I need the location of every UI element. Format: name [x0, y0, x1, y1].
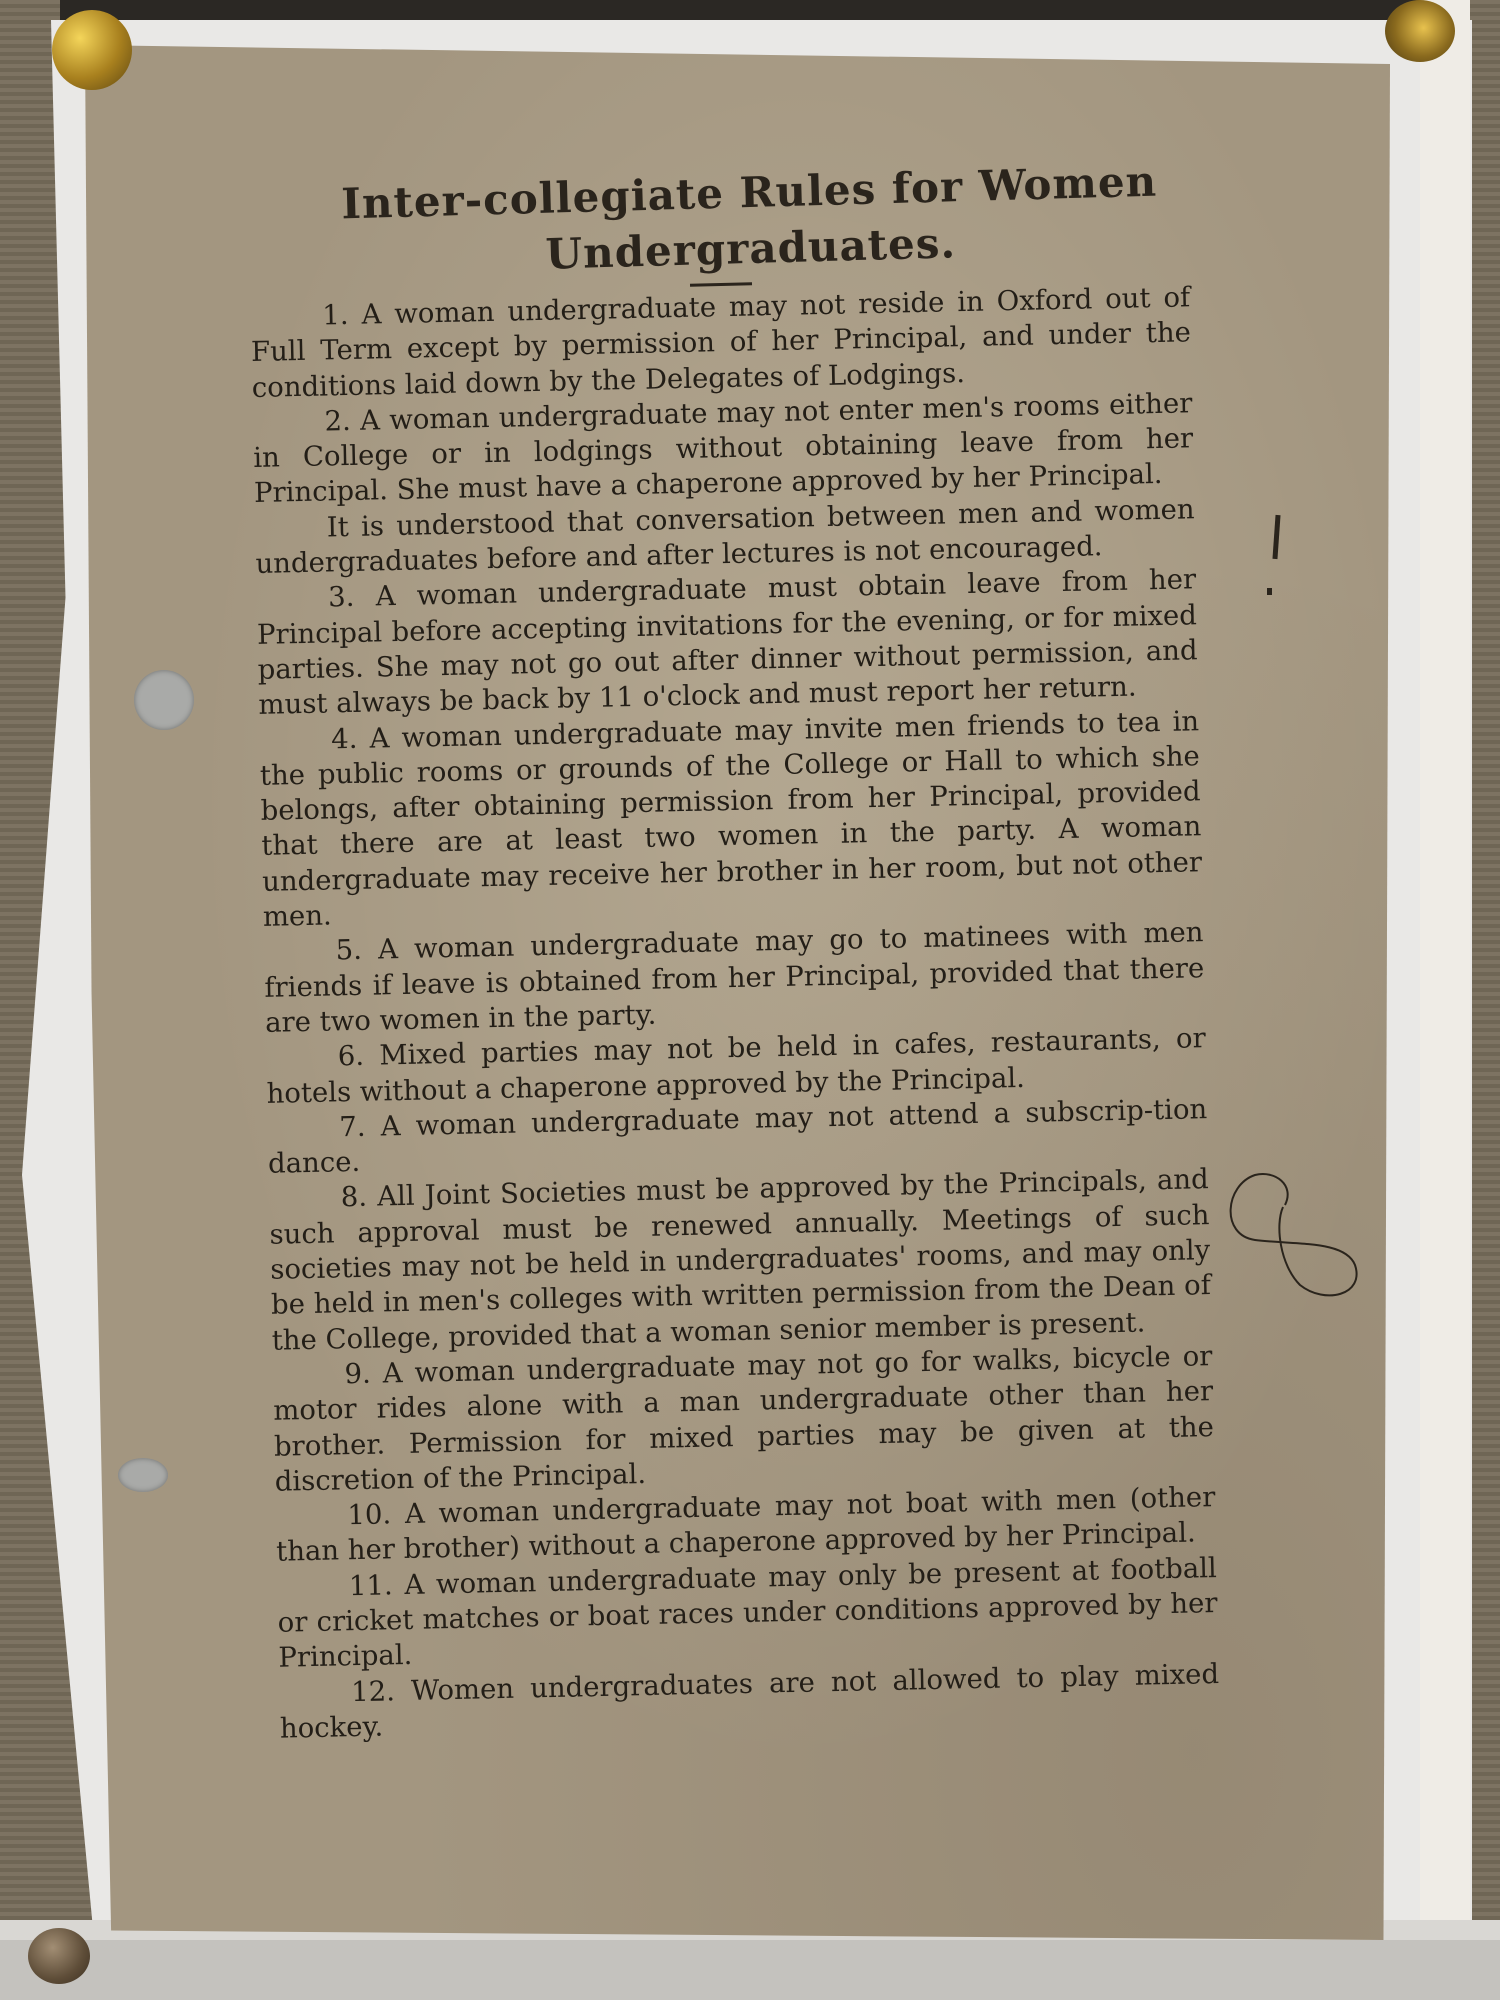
- rule-2: 2. A woman undergraduate may not enter m…: [252, 386, 1194, 512]
- rule-8: 8. All Joint Societies must be approved …: [268, 1163, 1211, 1359]
- rules-list: 1. A woman undergraduate may not reside …: [250, 280, 1220, 1747]
- rule-4: 4. A woman undergraduate may invite men …: [259, 704, 1203, 935]
- punch-hole: [118, 1458, 168, 1492]
- brass-pin-icon: [28, 1928, 90, 1984]
- backing-sheet-bottom-shadow: [0, 1940, 1500, 2000]
- brass-pin-icon: [1385, 0, 1455, 62]
- rule-9: 9. A woman undergraduate may not go for …: [272, 1339, 1215, 1500]
- pen-dot-icon: [1267, 588, 1272, 595]
- rule-11: 11. A woman undergraduate may only be pr…: [277, 1551, 1219, 1677]
- punch-hole: [134, 670, 194, 730]
- brass-pin-icon: [52, 10, 132, 90]
- handwritten-squiggle-icon: [1215, 1165, 1375, 1315]
- rule-1: 1. A woman undergraduate may not reside …: [250, 280, 1192, 406]
- rule-3: 3. A woman undergraduate must obtain lea…: [256, 563, 1199, 724]
- rule-5: 5. A woman undergraduate may go to matin…: [263, 916, 1205, 1042]
- backing-sheet-edge: [1420, 0, 1470, 1930]
